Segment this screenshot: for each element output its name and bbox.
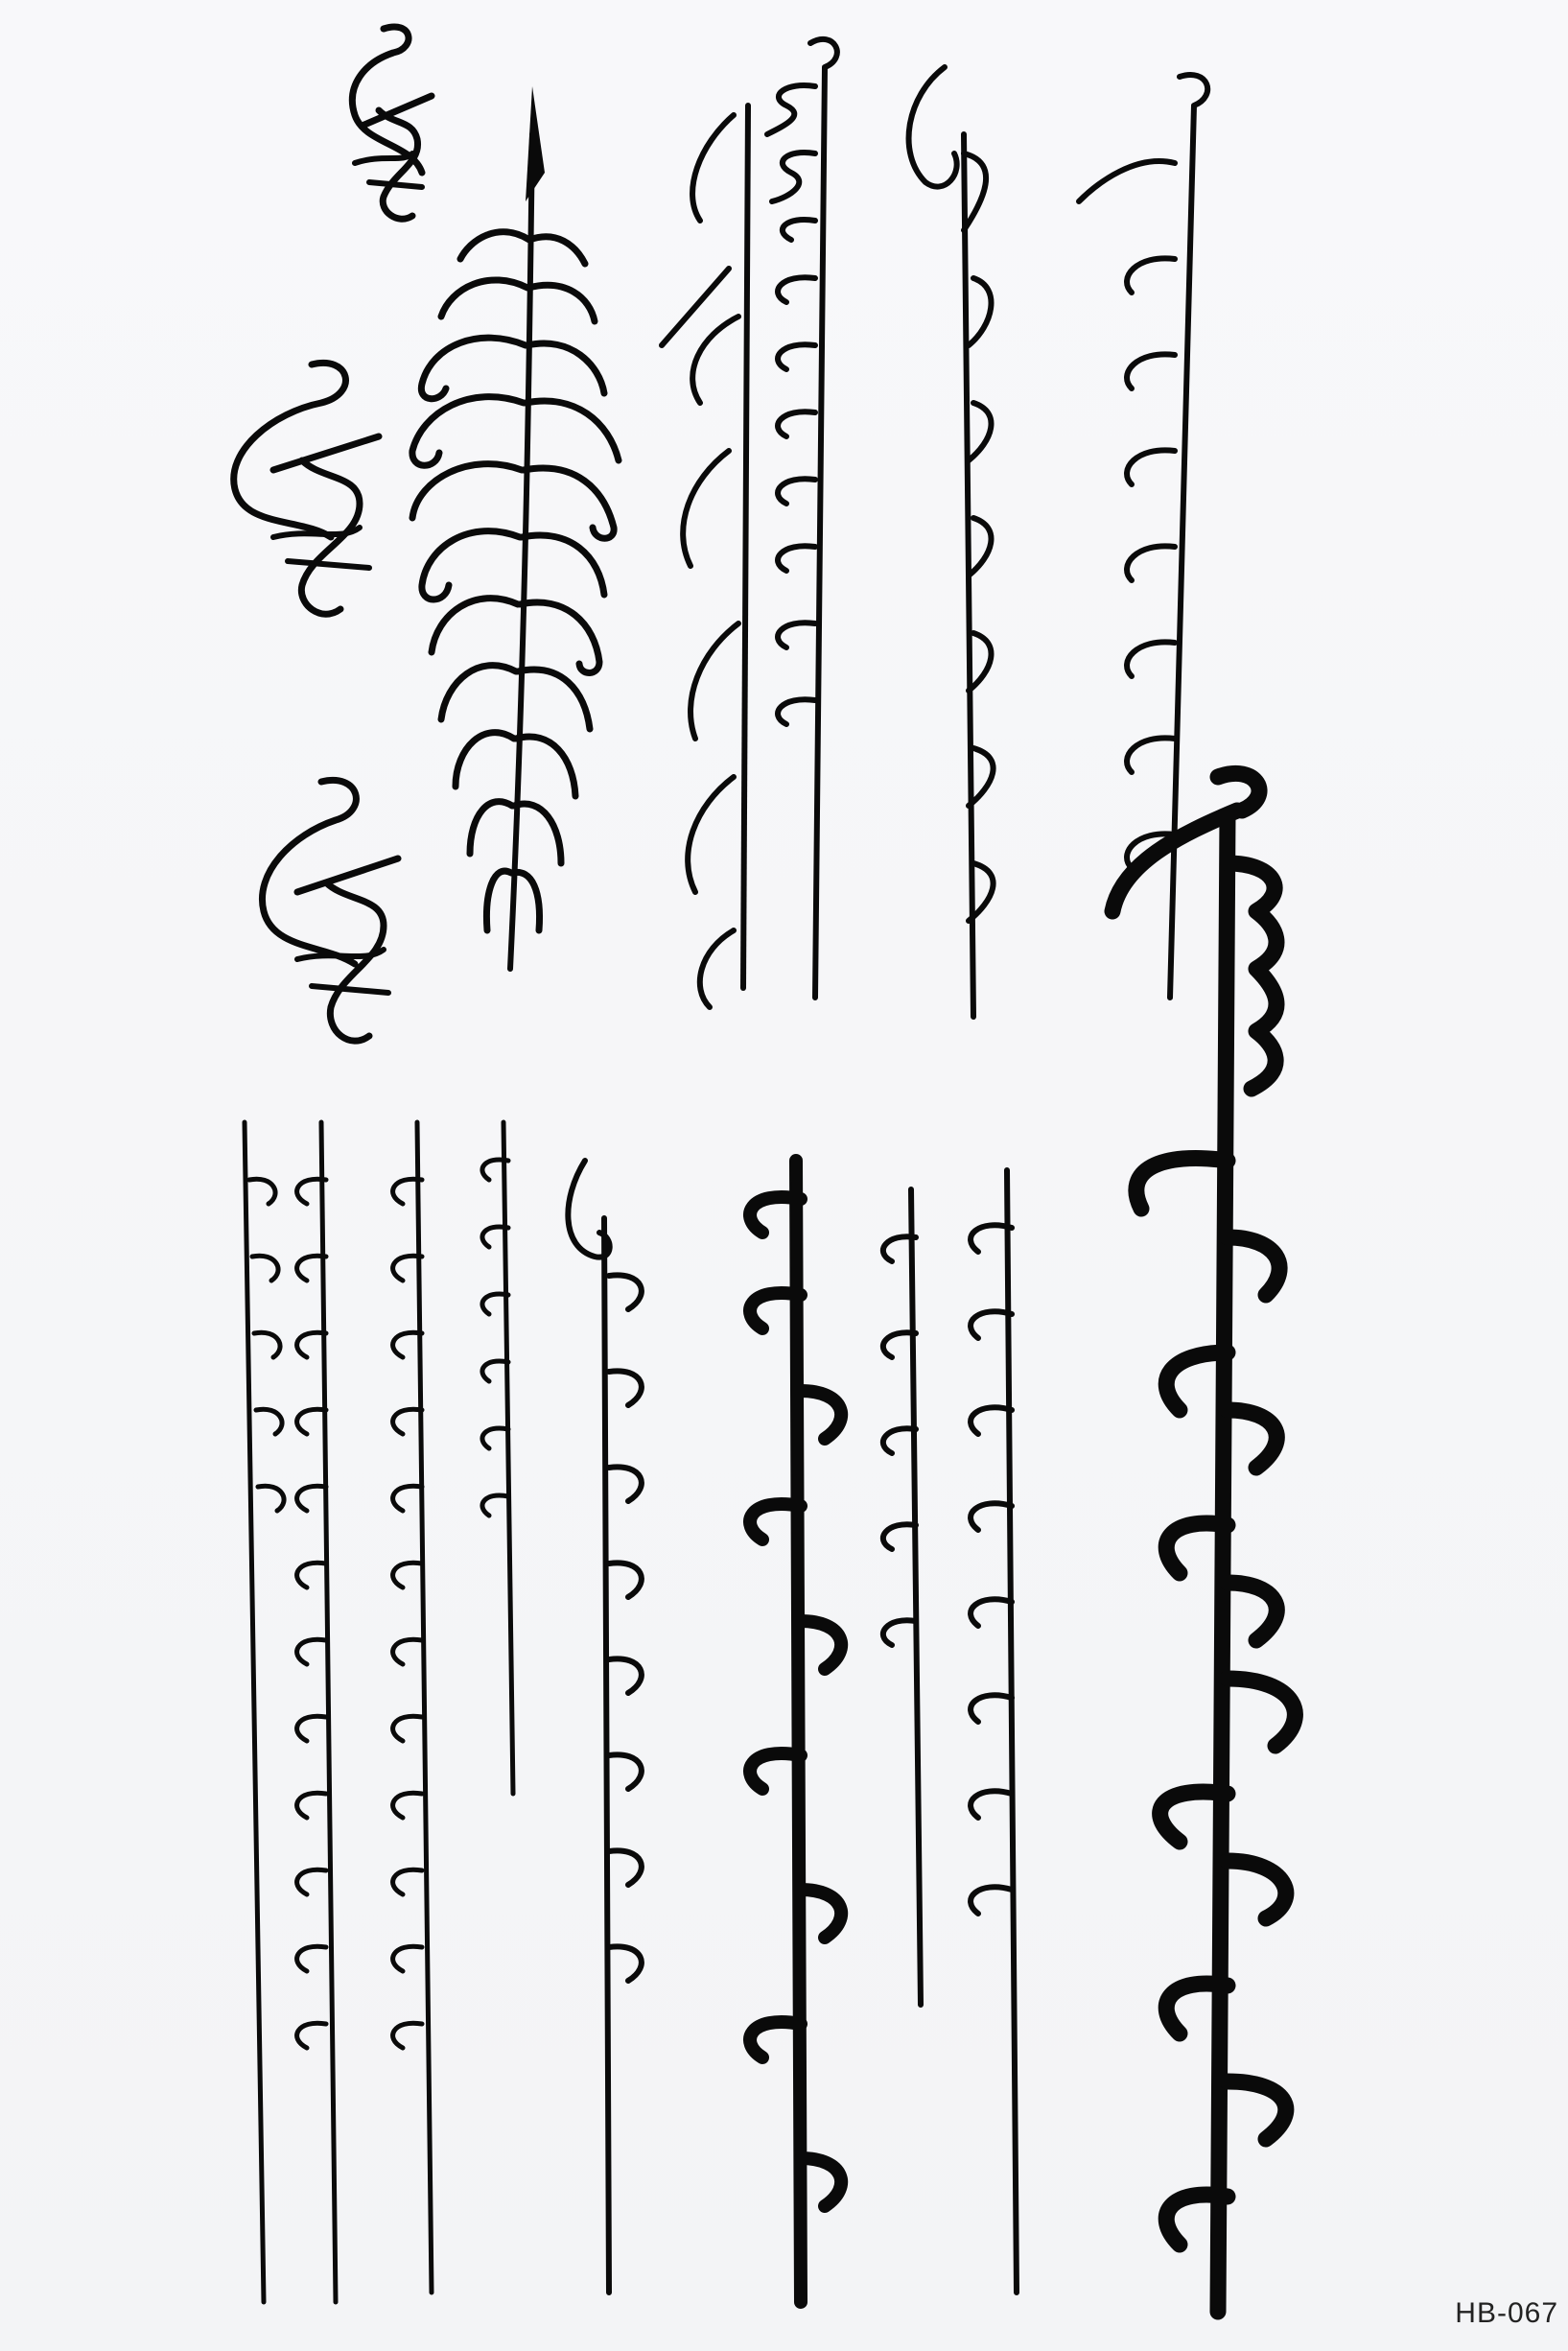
bold-script-column [1084,758,1362,2331]
product-code-label: HB-067 [1455,2297,1558,2330]
signature-monogram-3 [245,767,412,1065]
script-columns-top-left [643,29,873,1017]
tattoo-sheet: HB-067 [0,0,1568,2351]
script-columns-bottom-left [225,1103,542,2321]
feather-illustration [403,77,623,978]
script-columns-bottom-middle [556,1141,1055,2321]
signature-monogram-2 [216,345,408,633]
